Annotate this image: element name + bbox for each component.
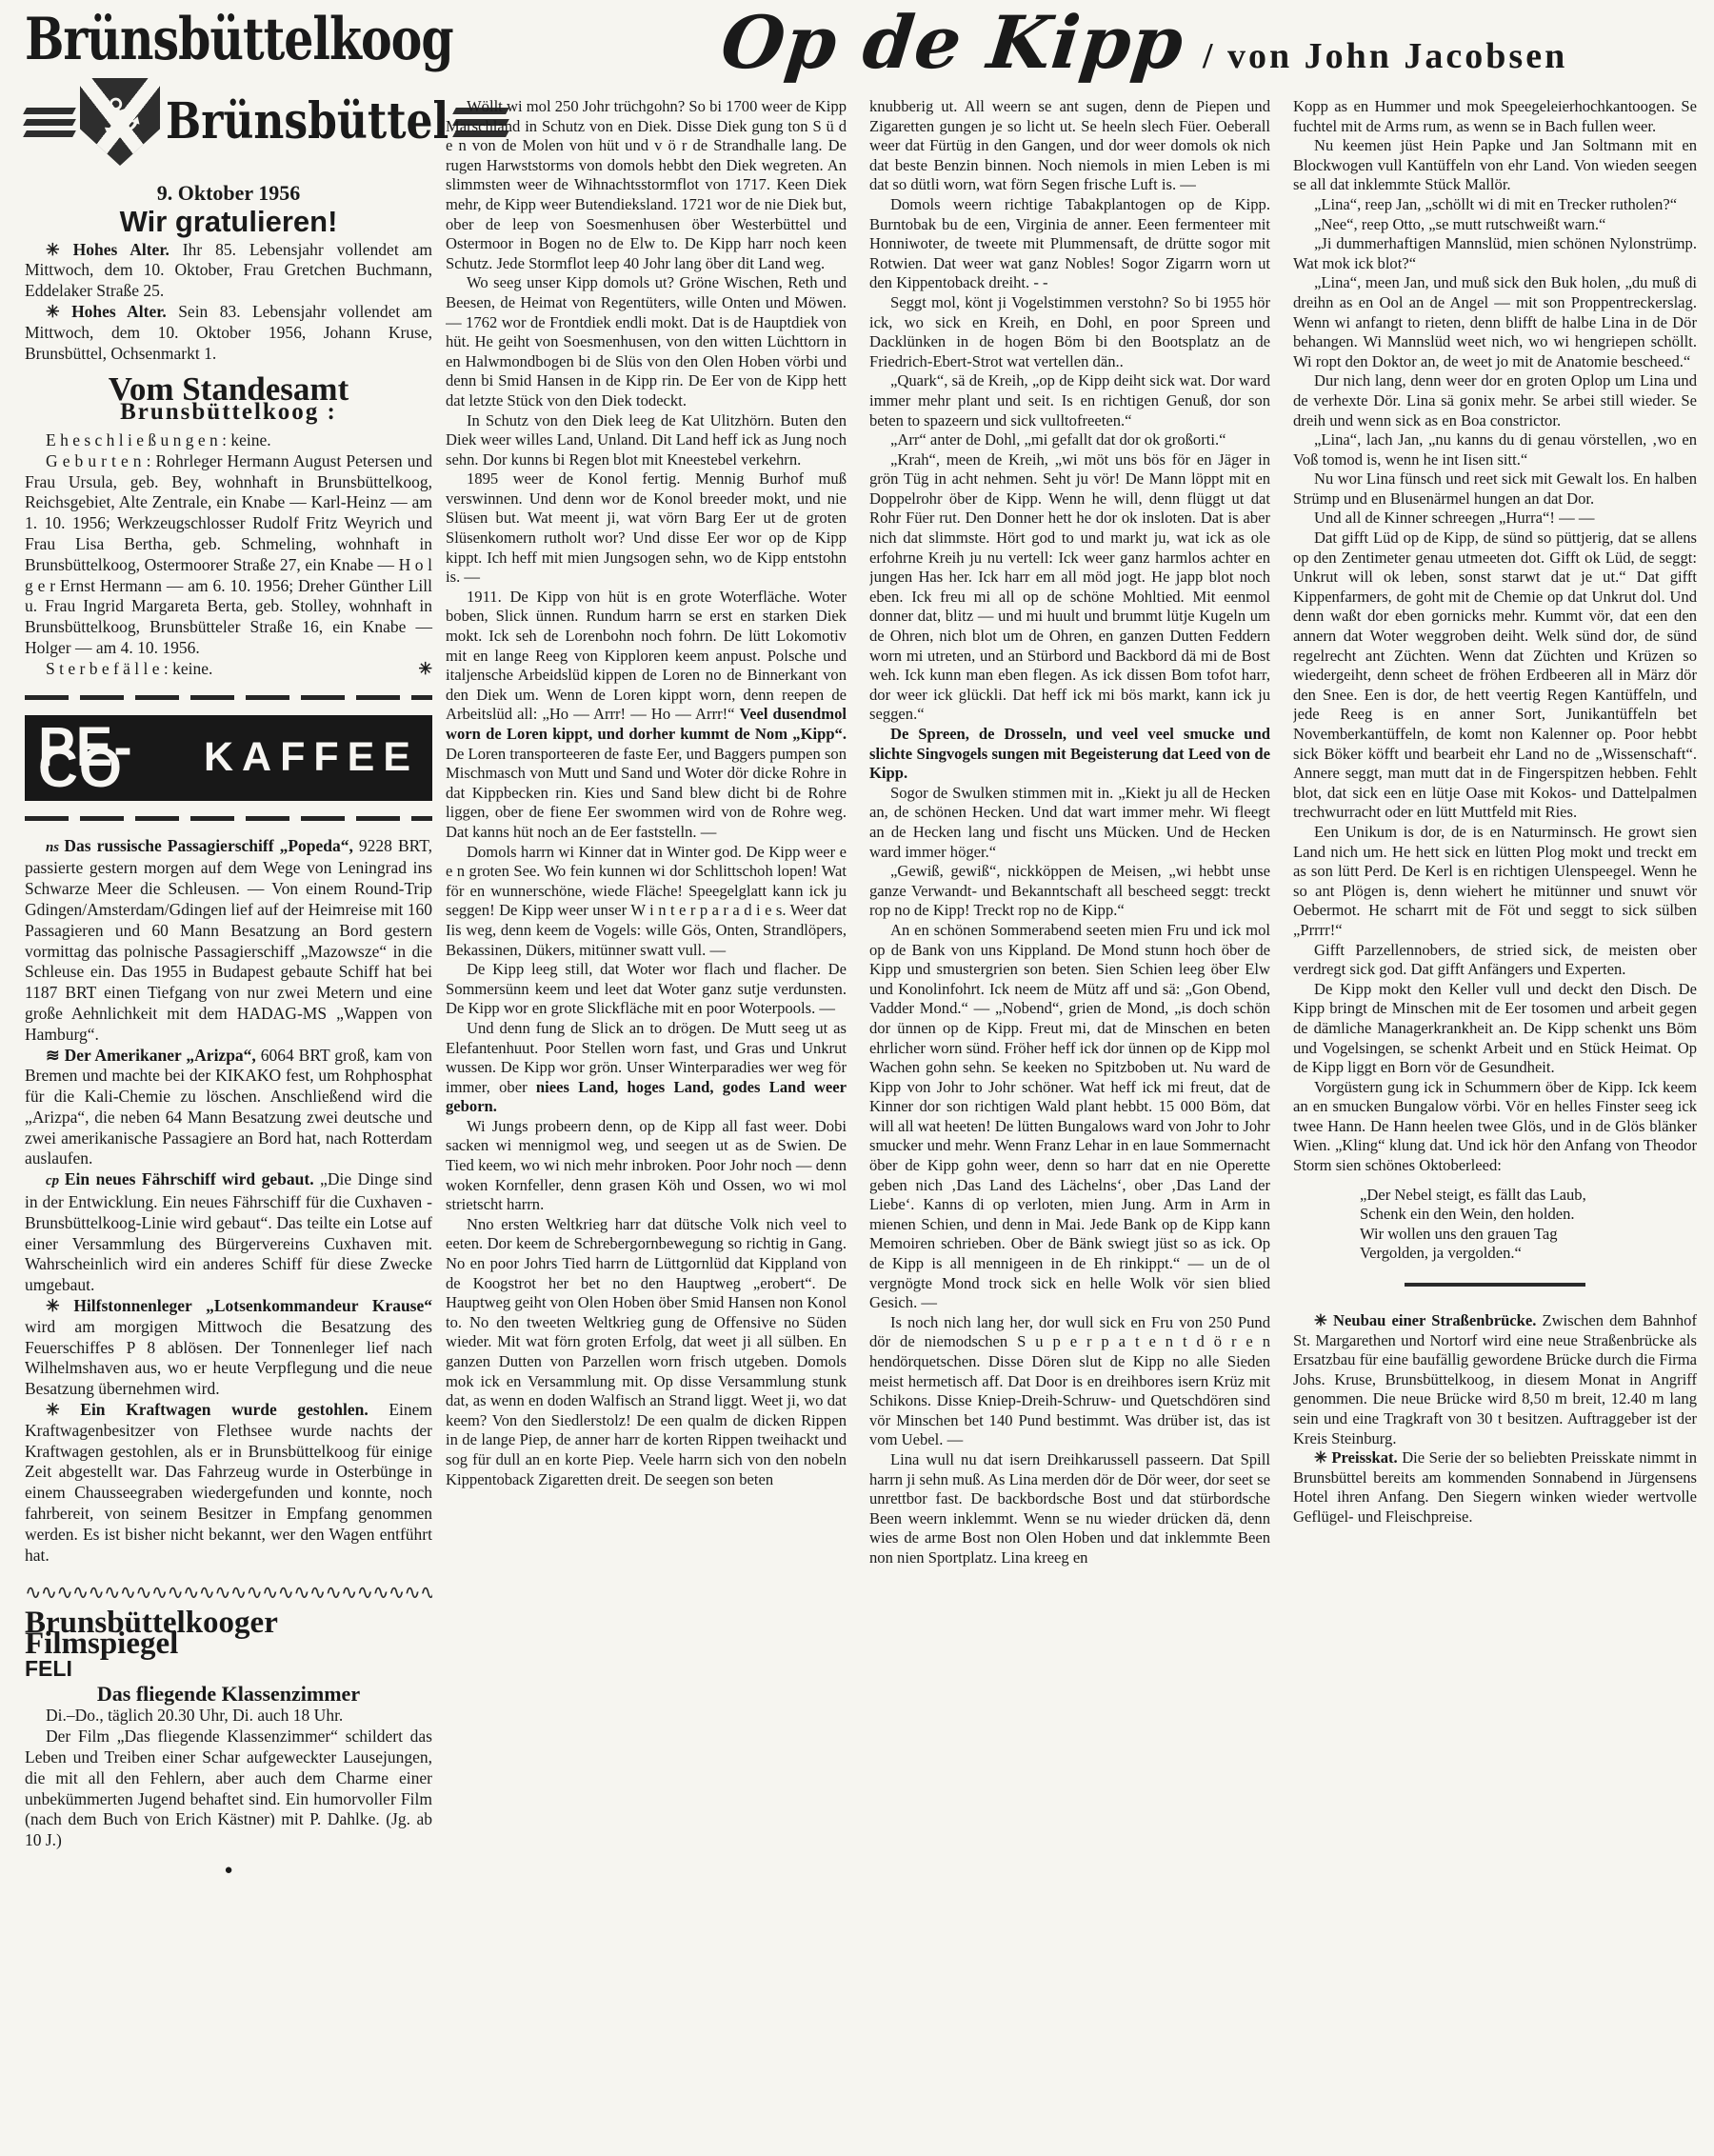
article-title: Op de Kipp: [717, 0, 1187, 85]
paragraph: „Der Nebel steigt, es fällt das Laub, Sc…: [1293, 1186, 1697, 1264]
paragraph: knubberig ut. All weern se ant sugen, de…: [869, 97, 1270, 195]
article-column-3: Kopp as en Hummer und mok Speegeleierhoc…: [1293, 97, 1697, 2154]
paragraph: Wo seeg unser Kipp domols ut? Gröne Wisc…: [446, 273, 847, 410]
paragraph: Sogor de Swulken stimmen mit in. „Kiekt …: [869, 784, 1270, 862]
paragraph-lead: Neubau einer Straßenbrücke.: [1333, 1311, 1536, 1329]
paragraph: cp Ein neues Fährschiff wird gebaut. „Di…: [25, 1169, 432, 1296]
section-heading-gratulieren: Wir gratulieren!: [25, 211, 432, 232]
paragraph-lead: Hilfstonnenleger „Lotsenkommandeur Kraus…: [73, 1296, 432, 1315]
paragraph: E h e s c h l i e ß u n g e n : keine.: [25, 430, 432, 451]
article-header: Op de Kipp / von John Jacobsen: [722, 0, 1567, 85]
cinema-name: FELI: [25, 1659, 432, 1680]
paragraph: Domols harrn wi Kinner dat in Winter god…: [446, 843, 847, 961]
paragraph: Nu wor Lina fünsch und reet sick mit Gew…: [1293, 469, 1697, 509]
star-icon: ≋: [46, 1046, 65, 1065]
divider: [1405, 1283, 1585, 1287]
paragraph-lead: Ein Kraftwagen wurde gestohlen.: [80, 1400, 368, 1419]
paragraph: Di.–Do., täglich 20.30 Uhr, Di. auch 18 …: [25, 1706, 432, 1727]
newspaper-page: Brünsbüttelkoog ⚓ Brünsbüttel 9. Oktober…: [0, 0, 1714, 2156]
paragraph: De Spreen, de Drosseln, und veel veel sm…: [869, 725, 1270, 784]
star-icon: ✳: [397, 659, 432, 680]
masthead: Brünsbüttelkoog ⚓ Brünsbüttel: [25, 8, 432, 166]
star-icon: ✳: [1314, 1311, 1333, 1329]
paragraph: G e b u r t e n : Rohrleger Hermann Augu…: [25, 451, 432, 659]
paragraph: Seggt mol, könt ji Vogelstimmen verstohn…: [869, 293, 1270, 371]
divider: [25, 695, 432, 700]
paragraph: Der Film „Das fliegende Klassenzimmer“ s…: [25, 1727, 432, 1851]
paragraph: De Kipp leeg still, dat Woter wor flach …: [446, 960, 847, 1019]
wave-ornament: ∿∿∿∿∿∿∿∿∿∿∿∿∿∿∿∿∿∿∿∿∿∿∿∿∿∿∿∿∿∿∿∿∿∿∿∿∿∿∿∿…: [25, 1583, 432, 1604]
section-heading-filmspiegel: Brunsbüttelkooger Filmspiegel: [25, 1613, 432, 1655]
town-crest-anchor-icon: ⚓: [80, 78, 160, 166]
article-column-1: Wöllt wi mol 250 Johr trüchgohn? So bi 1…: [446, 97, 847, 2154]
agency-sigle: cp: [46, 1173, 65, 1188]
paragraph: 1895 weer de Konol fertig. Mennig Burhof…: [446, 469, 847, 588]
paragraph: Dat gifft Lüd op de Kipp, de sünd so püt…: [1293, 529, 1697, 823]
gratulieren-items: ✳ Hohes Alter. Ihr 85. Lebensjahr vollen…: [25, 240, 432, 365]
paragraph: S t e r b e f ä l l e : keine.✳: [25, 659, 432, 680]
paragraph: Wi Jungs probeern denn, op de Kipp all f…: [446, 1117, 847, 1215]
paragraph: ✳ Preisskat. Die Serie der so beliebten …: [1293, 1448, 1697, 1527]
paragraph: An en schönen Sommerabend seeten mien Fr…: [869, 921, 1270, 1313]
paragraph: ✳ Hohes Alter. Ihr 85. Lebensjahr vollen…: [25, 240, 432, 302]
paragraph: Nno ersten Weltkrieg harr dat dütsche Vo…: [446, 1215, 847, 1489]
paragraph-lead: Der Amerikaner „Arizpa“,: [65, 1046, 256, 1065]
paragraph-lead: Ein neues Fährschiff wird gebaut.: [65, 1169, 314, 1188]
ad-product: KAFFEE: [204, 748, 419, 769]
ad-brand: PE-CO: [38, 737, 183, 779]
paragraph: ✳ Ein Kraftwagen wurde gestohlen. Einem …: [25, 1400, 432, 1566]
paragraph: Vorgüstern gung ick in Schummern öber de…: [1293, 1078, 1697, 1176]
paragraph-lead: Preisskat.: [1331, 1448, 1397, 1467]
paragraph: In Schutz von den Diek leeg de Kat Ulitz…: [446, 411, 847, 470]
star-icon: ✳: [46, 240, 73, 259]
paragraph: „Lina“, reep Jan, „schöllt wi di mit en …: [1293, 195, 1697, 215]
paragraph: Wöllt wi mol 250 Johr trüchgohn? So bi 1…: [446, 97, 847, 273]
masthead-town-name: Brünsbüttelkoog: [25, 8, 432, 70]
article-column-2: knubberig ut. All weern se ant sugen, de…: [869, 97, 1270, 2154]
standesamt-items: E h e s c h l i e ß u n g e n : keine.G …: [25, 430, 432, 680]
masthead-flourish-left: [25, 108, 74, 137]
local-news-column: Brünsbüttelkoog ⚓ Brünsbüttel 9. Oktober…: [25, 8, 432, 1882]
paragraph: Und denn fung de Slick an to drögen. De …: [446, 1019, 847, 1117]
film-title: Das fliegende Klassenzimmer: [25, 1684, 432, 1705]
agency-sigle: ns: [46, 840, 64, 855]
paragraph: Kopp as en Hummer und mok Speegeleierhoc…: [1293, 97, 1697, 136]
section-heading-standesamt: Vom Standesamt: [25, 379, 432, 400]
article-byline: / von John Jacobsen: [1203, 35, 1567, 77]
standesamt-place: Brunsbüttelkoog :: [25, 402, 432, 423]
paragraph: Gifft Parzellennobers, de stried sick, d…: [1293, 941, 1697, 980]
star-icon: ✳: [1314, 1448, 1331, 1467]
paragraph: ✳ Neubau einer Straßenbrücke. Zwischen d…: [1293, 1311, 1697, 1448]
paragraph: Nu keemen jüst Hein Papke und Jan Soltma…: [1293, 136, 1697, 195]
paragraph: „Lina“, meen Jan, und muß sick den Buk h…: [1293, 273, 1697, 371]
paragraph-lead: Hohes Alter.: [73, 240, 169, 259]
paragraph-lead: Das russische Passagierschiff „Popeda“,: [64, 836, 352, 855]
paragraph: „Nee“, reep Otto, „se mutt rutschweißt w…: [1293, 215, 1697, 235]
end-dot-ornament: ●: [25, 1861, 432, 1882]
star-icon: ✳: [46, 1400, 80, 1419]
masthead-town-name-2: Brünsbüttel: [166, 110, 448, 134]
issue-date: 9. Oktober 1956: [25, 183, 432, 204]
paragraph: Is noch nich lang her, dor wull sick en …: [869, 1313, 1270, 1450]
star-icon: ✳: [46, 302, 71, 321]
paragraph: ≋ Der Amerikaner „Arizpa“, 6064 BRT groß…: [25, 1046, 432, 1170]
paragraph: ns Das russische Passagierschiff „Popeda…: [25, 836, 432, 1046]
paragraph: Domols weern richtige Tabakplantogen op …: [869, 195, 1270, 293]
paragraph: Und all de Kinner schreegen „Hurra“! — —: [1293, 509, 1697, 529]
paragraph: „Quark“, sä de Kreih, „op de Kipp deiht …: [869, 371, 1270, 430]
paragraph: ✳ Hohes Alter. Sein 83. Lebensjahr volle…: [25, 302, 432, 364]
paragraph: „Krah“, meen de Kreih, „wi möt uns bös f…: [869, 450, 1270, 725]
paragraph: „Lina“, lach Jan, „nu kanns du di genau …: [1293, 430, 1697, 469]
paragraph: De Kipp mokt den Keller vull und deckt d…: [1293, 980, 1697, 1078]
paragraph: Een Unikum is dor, de is en Naturminsch.…: [1293, 823, 1697, 941]
paragraph: „Arr“ anter de Dohl, „mi gefallt dat dor…: [869, 430, 1270, 450]
paragraph: Dur nich lang, denn weer dor en groten O…: [1293, 371, 1697, 430]
paragraph: Lina wull nu dat isern Dreihkarussell pa…: [869, 1450, 1270, 1568]
star-icon: ✳: [46, 1296, 73, 1315]
paragraph: ✳ Hilfstonnenleger „Lotsenkommandeur Kra…: [25, 1296, 432, 1400]
coffee-ad: PE-CO KAFFEE: [25, 715, 432, 801]
paragraph: „Gewiß, gewiß“, nickköppen de Meisen, „w…: [869, 862, 1270, 921]
paragraph: 1911. De Kipp von hüt is en grote Woterf…: [446, 588, 847, 843]
paragraph-lead: Hohes Alter.: [71, 302, 167, 321]
divider: [25, 816, 432, 821]
harbour-news-items: ns Das russische Passagierschiff „Popeda…: [25, 836, 432, 1567]
film-review: Di.–Do., täglich 20.30 Uhr, Di. auch 18 …: [25, 1706, 432, 1851]
paragraph: „Ji dummerhaftigen Mannslüd, mien schöne…: [1293, 234, 1697, 273]
